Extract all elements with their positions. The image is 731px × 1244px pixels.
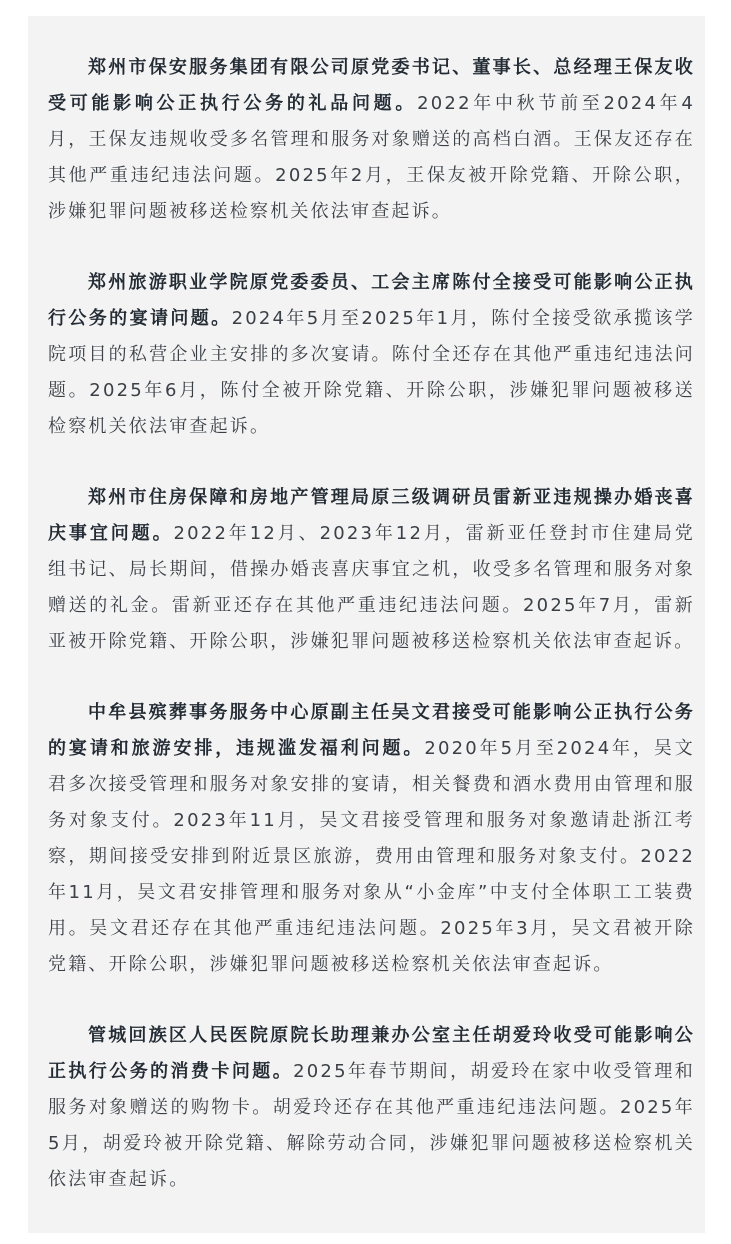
article-panel: 郑州市保安服务集团有限公司原党委书记、董事长、总经理王保友收受可能影响公正执行公… bbox=[28, 16, 705, 1233]
case-paragraph-5: 管城回族区人民医院原院长助理兼办公室主任胡爱玲收受可能影响公正执行公务的消费卡问… bbox=[48, 1018, 695, 1198]
case-paragraph-2: 郑州旅游职业学院原党委委员、工会主席陈付全接受可能影响公正执行公务的宴请问题。2… bbox=[48, 265, 695, 445]
case-paragraph-3: 郑州市住房保障和房地产管理局原三级调研员雷新亚违规操办婚丧喜庆事宜问题。2022… bbox=[48, 480, 695, 660]
case-paragraph-4: 中牟县殡葬事务服务中心原副主任吴文君接受可能影响公正执行公务的宴请和旅游安排，违… bbox=[48, 695, 695, 983]
case-paragraph-1: 郑州市保安服务集团有限公司原党委书记、董事长、总经理王保友收受可能影响公正执行公… bbox=[48, 50, 695, 230]
case-body-4: 2020年5月至2024年，吴文君多次接受管理和服务对象安排的宴请，相关餐费和酒… bbox=[48, 738, 695, 975]
